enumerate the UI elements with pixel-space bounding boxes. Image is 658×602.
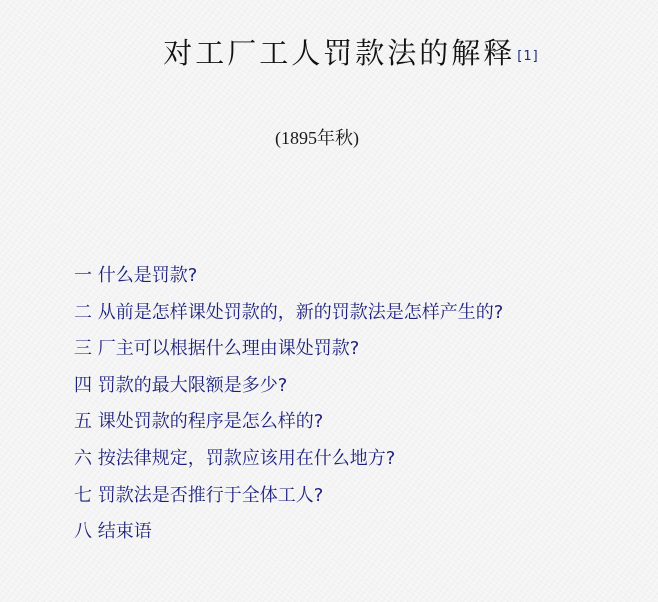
date-line: (1895年秋) xyxy=(0,124,658,150)
toc-item: 三 厂主可以根据什么理由课处罚款? xyxy=(74,335,503,372)
toc-item: 五 课处罚款的程序是怎么样的? xyxy=(74,408,503,445)
footnote-ref-link[interactable]: [1] xyxy=(517,49,538,64)
toc-item: 六 按法律规定，罚款应该用在什么地方? xyxy=(74,445,503,482)
toc-link-2[interactable]: 二 从前是怎样课处罚款的，新的罚款法是怎样产生的? xyxy=(74,302,503,323)
toc-item: 一 什么是罚款? xyxy=(74,262,503,299)
toc-link-8[interactable]: 八 结束语 xyxy=(74,521,152,542)
page-title-text: 对工厂工人罚款法的解释 xyxy=(163,36,515,70)
table-of-contents: 一 什么是罚款? 二 从前是怎样课处罚款的，新的罚款法是怎样产生的? 三 厂主可… xyxy=(74,262,503,555)
toc-link-3[interactable]: 三 厂主可以根据什么理由课处罚款? xyxy=(74,338,359,359)
toc-link-6[interactable]: 六 按法律规定，罚款应该用在什么地方? xyxy=(74,448,395,469)
toc-item: 八 结束语 xyxy=(74,518,503,555)
toc-link-5[interactable]: 五 课处罚款的程序是怎么样的? xyxy=(74,411,323,432)
toc-item: 七 罚款法是否推行于全体工人? xyxy=(74,482,503,519)
toc-item: 二 从前是怎样课处罚款的，新的罚款法是怎样产生的? xyxy=(74,299,503,336)
title-container: 对工厂工人罚款法的解释[1] xyxy=(0,33,658,73)
date-text: (1895年秋) xyxy=(275,128,359,148)
page-title: 对工厂工人罚款法的解释[1] xyxy=(119,33,538,73)
toc-link-7[interactable]: 七 罚款法是否推行于全体工人? xyxy=(74,485,323,506)
toc-item: 四 罚款的最大限额是多少? xyxy=(74,372,503,409)
toc-link-4[interactable]: 四 罚款的最大限额是多少? xyxy=(74,375,287,396)
toc-link-1[interactable]: 一 什么是罚款? xyxy=(74,265,197,286)
